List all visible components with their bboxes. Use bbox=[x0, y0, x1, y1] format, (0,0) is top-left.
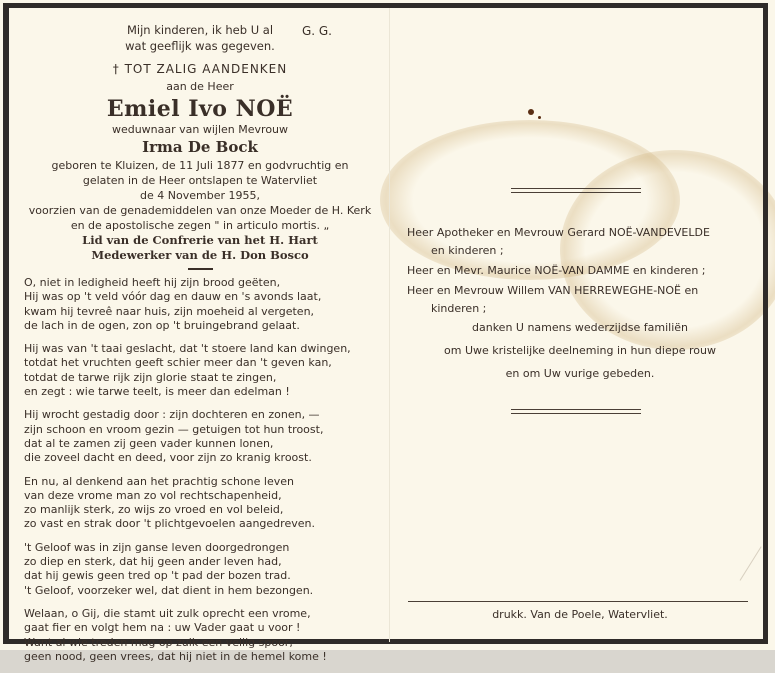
family-entry: Heer Apotheker en Mevrouw Gerard NOË-VAN… bbox=[407, 224, 757, 260]
poem-line: kwam hij tevreê naar huis, zijn moeheid … bbox=[24, 305, 384, 319]
printer-rule bbox=[408, 601, 748, 602]
poem-line: 't Geloof was in zijn ganse leven doorge… bbox=[24, 541, 384, 555]
poem-line: En nu, al denkend aan het prachtig schon… bbox=[24, 475, 384, 489]
motto-signature: G. G. bbox=[302, 24, 332, 38]
biography: geboren te Kluizen, de 11 Juli 1877 en g… bbox=[10, 158, 390, 233]
poem-line: en zegt : wie tarwe teelt, is meer dan e… bbox=[24, 385, 384, 399]
thanks-line: danken U namens wederzijdse familiën bbox=[395, 316, 765, 339]
thanks-line: en om Uw vurige gebeden. bbox=[395, 362, 765, 385]
poem: O, niet in ledigheid heeft hij zijn broo… bbox=[24, 276, 384, 650]
deceased-name: Emiel Ivo NOË bbox=[10, 96, 390, 122]
families-list: Heer Apotheker en Mevrouw Gerard NOË-VAN… bbox=[407, 224, 757, 318]
poem-line: zo manlijk sterk, zo wijs zo vroed en vo… bbox=[24, 503, 384, 517]
poem-line: zo vast en strak door 't plichtgevoelen … bbox=[24, 517, 384, 531]
poem-line: Hij was op 't veld vóór dag en dauw en '… bbox=[24, 290, 384, 304]
thanks-line: om Uwe kristelijke deelneming in hun die… bbox=[395, 339, 765, 362]
family-line-cont: en kinderen ; bbox=[407, 242, 757, 260]
poem-line: O, niet in ledigheid heeft hij zijn broo… bbox=[24, 276, 384, 290]
poem-line: gaat fier en volgt hem na : uw Vader gaa… bbox=[24, 621, 384, 635]
poem-stanza: Hij was van 't taai geslacht, dat 't sto… bbox=[24, 342, 384, 399]
poem-line: dat hij gewis geen tred op 't pad der bo… bbox=[24, 569, 384, 583]
subheading: aan de Heer bbox=[10, 79, 390, 94]
motto-line-1: Mijn kinderen, ik heb U al bbox=[10, 22, 390, 38]
family-entry: Heer en Mevrouw Willem VAN HERREWEGHE-NO… bbox=[407, 282, 757, 318]
family-line: Heer Apotheker en Mevrouw Gerard NOË-VAN… bbox=[407, 224, 757, 242]
bio-line: geboren te Kluizen, de 11 Juli 1877 en g… bbox=[10, 158, 390, 173]
family-line: Heer en Mevrouw Willem VAN HERREWEGHE-NO… bbox=[407, 282, 757, 300]
motto-line-2: wat geeflijk was gegeven. bbox=[10, 38, 390, 54]
poem-line: totdat de tarwe rijk zijn glorie staat t… bbox=[24, 371, 384, 385]
left-panel: Mijn kinderen, ik heb U al wat geeflijk … bbox=[10, 8, 390, 276]
printer-credit: drukk. Van de Poele, Watervliet. bbox=[395, 608, 765, 621]
right-panel: Heer Apotheker en Mevrouw Gerard NOË-VAN… bbox=[395, 0, 765, 640]
bio-line: gelaten in de Heer ontslapen te Watervli… bbox=[10, 173, 390, 188]
poem-line: Welaan, o Gij, die stamt uit zulk oprech… bbox=[24, 607, 384, 621]
poem-stanza: En nu, al denkend aan het prachtig schon… bbox=[24, 475, 384, 532]
membership: Lid van de Confrerie van het H. Hart bbox=[10, 233, 390, 248]
double-divider-top bbox=[511, 188, 641, 193]
poem-line: Hij wrocht gestadig door : zijn dochtere… bbox=[24, 408, 384, 422]
bio-line: en de apostolische zegen " in articulo m… bbox=[10, 218, 390, 233]
poem-stanza: O, niet in ledigheid heeft hij zijn broo… bbox=[24, 276, 384, 333]
poem-stanza: 't Geloof was in zijn ganse leven doorge… bbox=[24, 541, 384, 598]
poem-line: de lach in de ogen, zon op 't bruingebra… bbox=[24, 319, 384, 333]
bio-line: de 4 November 1955, bbox=[10, 188, 390, 203]
bio-line: voorzien van de genademiddelen van onze … bbox=[10, 203, 390, 218]
poem-stanza: Welaan, o Gij, die stamt uit zulk oprech… bbox=[24, 607, 384, 650]
memorial-card: Mijn kinderen, ik heb U al wat geeflijk … bbox=[0, 0, 775, 650]
poem-line: van deze vrome man zo vol rechtschapenhe… bbox=[24, 489, 384, 503]
poem-line: zijn schoon en vroom gezin — getuigen to… bbox=[24, 423, 384, 437]
heading: † TOT ZALIG AANDENKEN bbox=[10, 62, 390, 76]
spouse-name: Irma De Bock bbox=[10, 138, 390, 156]
divider bbox=[188, 268, 213, 270]
poem-line: totdat het vruchten geeft schier meer da… bbox=[24, 356, 384, 370]
poem-line: die zoveel dacht en deed, voor zijn zo k… bbox=[24, 451, 384, 465]
double-divider-bottom bbox=[511, 409, 641, 414]
family-entry: Heer en Mevr. Maurice NOË-VAN DAMME en k… bbox=[407, 262, 757, 280]
poem-line: Want al wie treden mag op zulk een veili… bbox=[24, 636, 384, 650]
poem-line: zo diep en sterk, dat hij geen ander lev… bbox=[24, 555, 384, 569]
motto: Mijn kinderen, ik heb U al wat geeflijk … bbox=[10, 22, 390, 54]
poem-line: 't Geloof, voorzeker wel, dat dient in h… bbox=[24, 584, 384, 598]
poem-line: dat al te zamen zij geen vader kunnen lo… bbox=[24, 437, 384, 451]
family-line: Heer en Mevr. Maurice NOË-VAN DAMME en k… bbox=[407, 262, 757, 280]
widower-of: weduwnaar van wijlen Mevrouw bbox=[10, 122, 390, 137]
membership: Medewerker van de H. Don Bosco bbox=[10, 248, 390, 263]
poem-stanza: Hij wrocht gestadig door : zijn dochtere… bbox=[24, 408, 384, 465]
poem-line: Hij was van 't taai geslacht, dat 't sto… bbox=[24, 342, 384, 356]
thanks-text: danken U namens wederzijdse familiën om … bbox=[395, 316, 765, 385]
